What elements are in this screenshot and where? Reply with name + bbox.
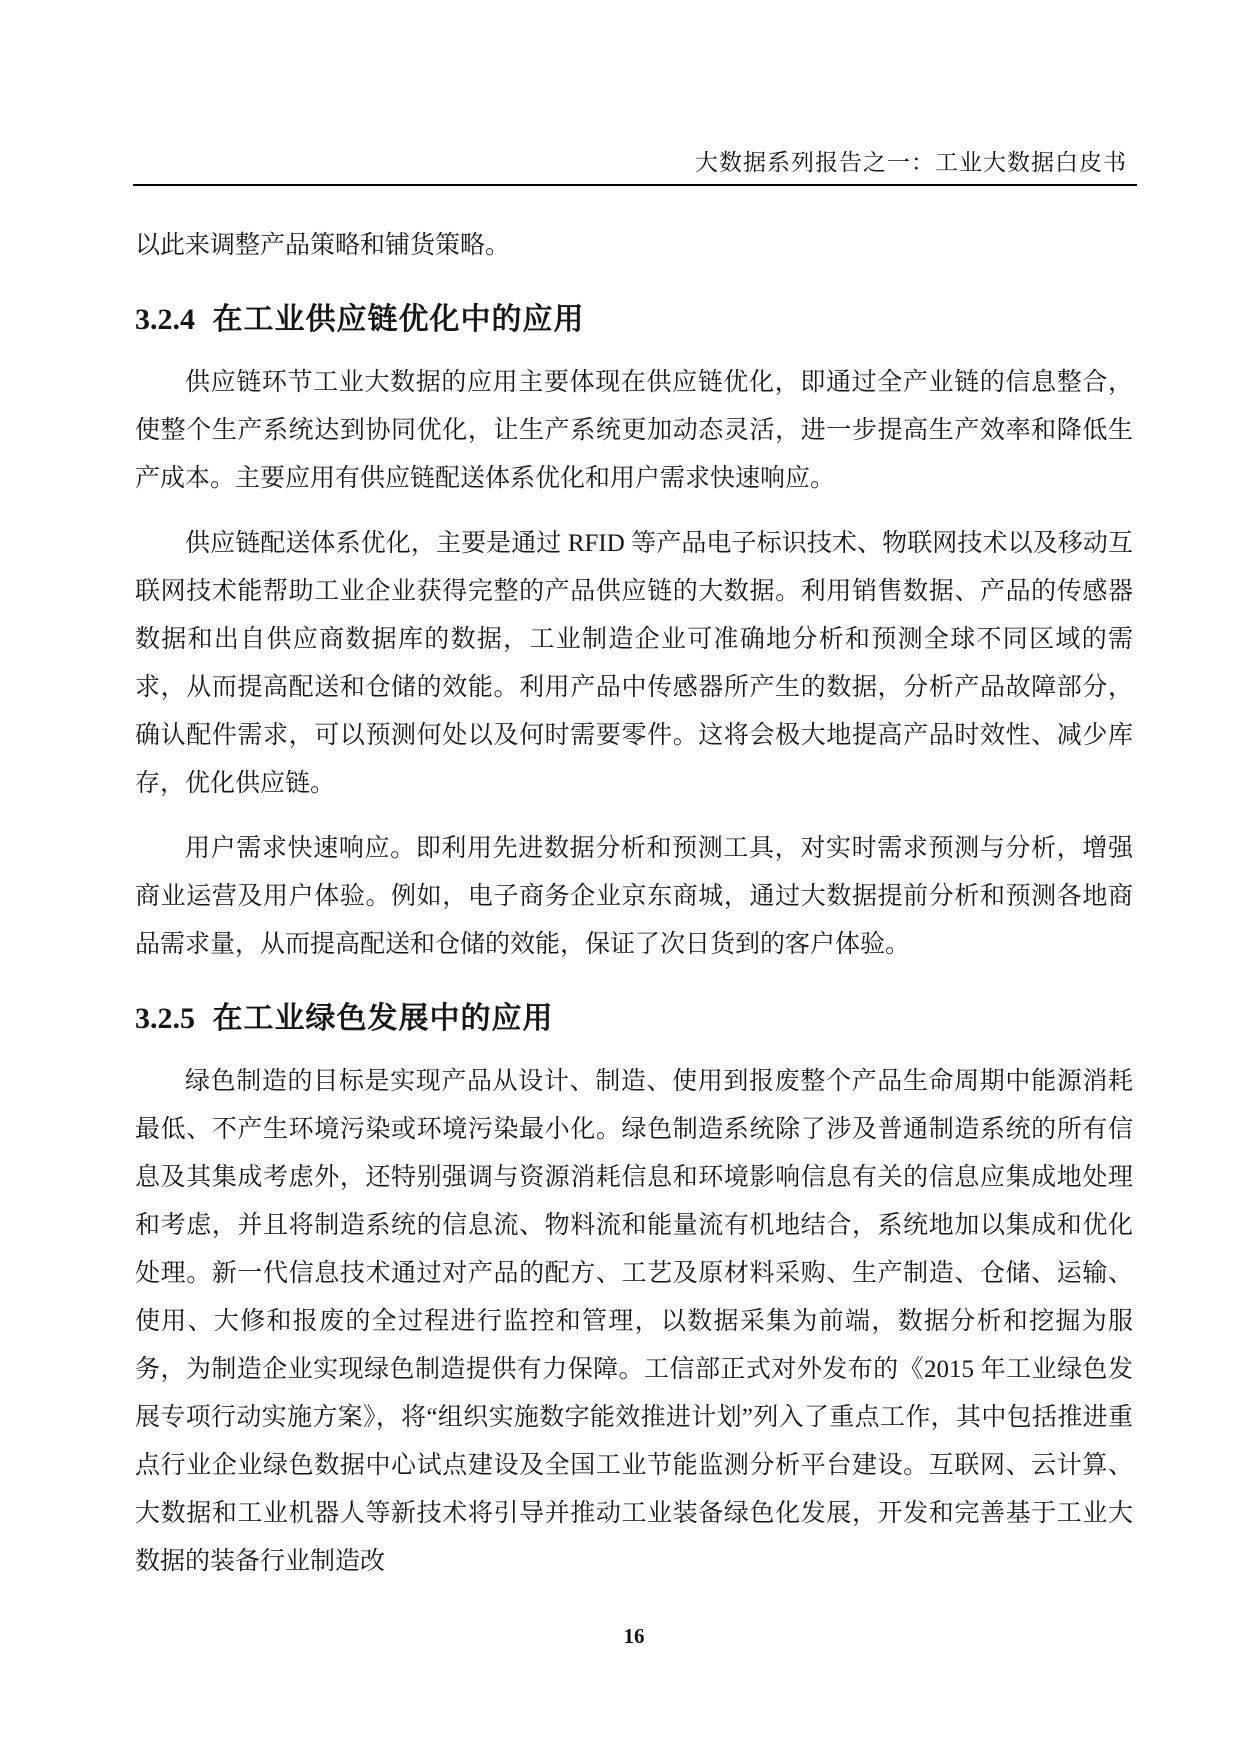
section-number: 3.2.4 bbox=[135, 303, 195, 336]
body-paragraph: 用户需求快速响应。即利用先进数据分析和预测工具，对实时需求预测与分析，增强商业运… bbox=[135, 825, 1133, 969]
section-heading-325: 3.2.5 在工业绿色发展中的应用 bbox=[135, 997, 1133, 1041]
intro-paragraph: 以此来调整产品策略和铺货策略。 bbox=[135, 222, 1133, 270]
section-number: 3.2.5 bbox=[135, 1002, 195, 1035]
section-title: 在工业绿色发展中的应用 bbox=[213, 1002, 554, 1035]
page-body: 以此来调整产品策略和铺货策略。 3.2.4 在工业供应链优化中的应用 供应链环节… bbox=[135, 222, 1133, 1586]
body-paragraph: 供应链配送体系优化，主要是通过 RFID 等产品电子标识技术、物联网技术以及移动… bbox=[135, 520, 1133, 808]
section-title: 在工业供应链优化中的应用 bbox=[213, 303, 585, 336]
document-page: 大数据系列报告之一：工业大数据白皮书 以此来调整产品策略和铺货策略。 3.2.4… bbox=[0, 0, 1240, 1754]
body-paragraph: 绿色制造的目标是实现产品从设计、制造、使用到报废整个产品生命周期中能源消耗最低、… bbox=[135, 1058, 1133, 1586]
header-rule bbox=[133, 184, 1137, 186]
running-header-title: 大数据系列报告之一：工业大数据白皮书 bbox=[695, 148, 1127, 178]
body-paragraph: 供应链环节工业大数据的应用主要体现在供应链优化，即通过全产业链的信息整合，使整个… bbox=[135, 359, 1133, 503]
section-heading-324: 3.2.4 在工业供应链优化中的应用 bbox=[135, 298, 1133, 342]
page-number: 16 bbox=[135, 1624, 1133, 1649]
